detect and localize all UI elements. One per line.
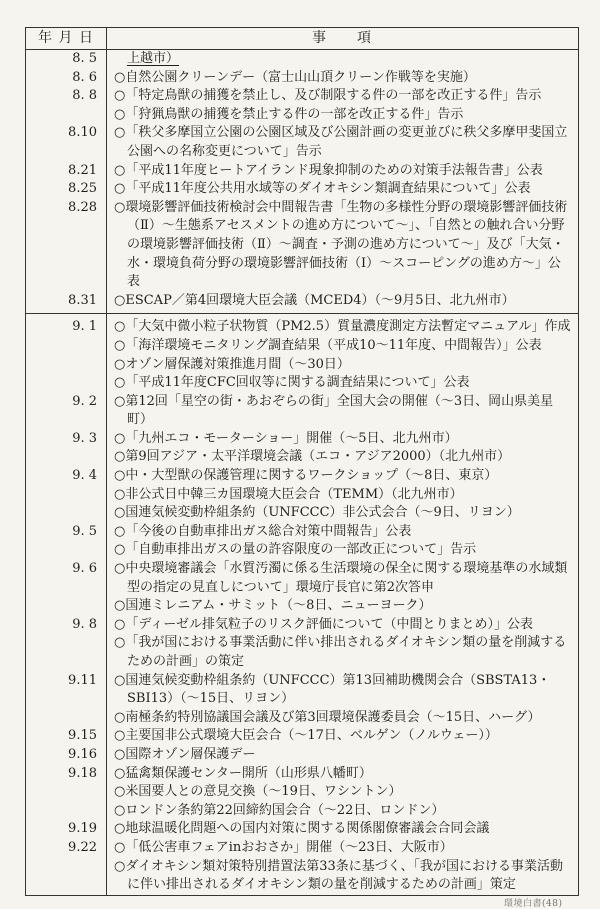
item-text: ○第12回「星空の街・あおぞらの街」全国大会の開催（～3日、岡山県美星町） <box>114 393 572 430</box>
table-header-row: 年 月 日 事 項 <box>26 28 578 50</box>
item-text: ○国連気候変動枠組条約（UNFCCC）第13回補助機関会合（SBSTA13・SB… <box>114 672 572 709</box>
item-text: ○「狩猟鳥獣の捕獲を禁止する件の一部を改正する件」告示 <box>114 106 572 125</box>
date-cell: 9. 2 <box>26 393 106 430</box>
items-cell: ○国際オゾン層保護デー <box>106 746 578 765</box>
item-text: ○南極条約特別協議国会議及び第3回環境保護委員会（～15日、ハーグ） <box>114 709 572 728</box>
items-cell: ○中央環境審議会「水質汚濁に係る生活環境の保全に関する環境基準の水域類型の指定の… <box>106 560 578 616</box>
items-cell: ○自然公園クリーンデー（富士山山頂クリーン作戦等を実施） <box>106 69 578 88</box>
date-cell: 9.15 <box>26 727 106 746</box>
table-row: 8.28○環境影響評価技術検討会中間報告書「生物の多様性分野の環境影響評価技術（… <box>26 199 578 292</box>
item-text: ○「九州エコ・モーターショー」開催（～5日、北九州市） <box>114 430 572 449</box>
item-text: ○中央環境審議会「水質汚濁に係る生活環境の保全に関する環境基準の水域類型の指定の… <box>114 560 572 597</box>
table-row: 9. 8○「ディーゼル排気粒子のリスク評価について（中間とりまとめ）」公表○「我… <box>26 616 578 672</box>
date-cell: 8.31 <box>26 292 106 311</box>
date-cell: 8.10 <box>26 124 106 161</box>
table-row: 8.21○「平成11年度ヒートアイランド現象抑制のための対策手法報告書」公表 <box>26 162 578 181</box>
table-row: 9.18○猛禽類保護センター開所（山形県八幡町）○米国要人との意見交換（～19日… <box>26 765 578 821</box>
document-page: 年 月 日 事 項 8. 5上越市）8. 6○自然公園クリーンデー（富士山山頂ク… <box>0 0 600 909</box>
items-cell: ○主要国非公式環境大臣会合（～17日、ベルゲン（ノルウェー）） <box>106 727 578 746</box>
item-text: ○オゾン層保護対策推進月間（～30日） <box>114 356 572 375</box>
items-cell: ○猛禽類保護センター開所（山形県八幡町）○米国要人との意見交換（～19日、ワシン… <box>106 765 578 821</box>
item-text: ○非公式日中韓三カ国環境大臣会合（TEMM）（北九州市） <box>114 486 572 505</box>
table-row: 8. 6○自然公園クリーンデー（富士山山頂クリーン作戦等を実施） <box>26 69 578 88</box>
items-cell: ○「秩父多摩国立公園の公園区域及び公園計画の変更並びに秩父多摩甲斐国立公園への名… <box>106 124 578 161</box>
items-cell: ○「ディーゼル排気粒子のリスク評価について（中間とりまとめ）」公表○「我が国にお… <box>106 616 578 672</box>
table-row: 8.31○ESCAP／第4回環境大臣会議（MCED4）（～9月5日、北九州市） <box>26 292 578 311</box>
items-cell: ○第12回「星空の街・あおぞらの街」全国大会の開催（～3日、岡山県美星町） <box>106 393 578 430</box>
column-divider <box>106 28 107 895</box>
table-row: 9.16○国際オゾン層保護デー <box>26 746 578 765</box>
items-cell: ○「平成11年度公共用水域等のダイオキシン類調査結果について」公表 <box>106 180 578 199</box>
item-text: ○中・大型獣の保護管理に関するワークショップ（～8日、東京） <box>114 467 572 486</box>
items-cell: ○環境影響評価技術検討会中間報告書「生物の多様性分野の環境影響評価技術（Ⅱ）～生… <box>106 199 578 292</box>
date-cell: 9. 3 <box>26 430 106 467</box>
item-text: ○「我が国における事業活動に伴い排出されるダイオキシン類の量を削減するための計画… <box>114 634 572 671</box>
table-row: 9.11○国連気候変動枠組条約（UNFCCC）第13回補助機関会合（SBSTA1… <box>26 672 578 728</box>
items-cell: ○中・大型獣の保護管理に関するワークショップ（～8日、東京）○非公式日中韓三カ国… <box>106 467 578 523</box>
items-cell: ○国連気候変動枠組条約（UNFCCC）第13回補助機関会合（SBSTA13・SB… <box>106 672 578 728</box>
item-text: ○国際オゾン層保護デー <box>114 746 572 765</box>
table-row: 9. 6○中央環境審議会「水質汚濁に係る生活環境の保全に関する環境基準の水域類型… <box>26 560 578 616</box>
item-text: ○「平成11年度CFC回収等に関する調査結果について」公表 <box>114 374 572 393</box>
item-text: ○「特定鳥獣の捕獲を禁止し、及び制限する件の一部を改正する件」告示 <box>114 87 572 106</box>
date-cell: 9. 5 <box>26 523 106 560</box>
item-text: ○国連ミレニアム・サミット（～8日、ニューヨーク） <box>114 597 572 616</box>
items-cell: ○「今後の自動車排出ガス総合対策中間報告」公表○「自動車排出ガスの量の許容限度の… <box>106 523 578 560</box>
table-row: 8. 5上越市） <box>26 50 578 69</box>
items-cell: ○地球温暖化問題への国内対策に関する関係閣僚審議会合同会議 <box>106 820 578 839</box>
date-cell: 8. 6 <box>26 69 106 88</box>
item-text: ○環境影響評価技術検討会中間報告書「生物の多様性分野の環境影響評価技術（Ⅱ）～生… <box>114 199 572 292</box>
date-cell: 9.18 <box>26 765 106 821</box>
table-row: 9. 5○「今後の自動車排出ガス総合対策中間報告」公表○「自動車排出ガスの量の許… <box>26 523 578 560</box>
table-row: 9. 1○「大気中微小粒子状物質（PM2.5）質量濃度測定方法暫定マニュアル」作… <box>26 318 578 392</box>
item-text: ○「自動車排出ガスの量の許容限度の一部改正について」告示 <box>114 541 572 560</box>
item-text: ○主要国非公式環境大臣会合（～17日、ベルゲン（ノルウェー）） <box>114 727 572 746</box>
column-header-date: 年 月 日 <box>26 28 106 49</box>
items-cell: ○ESCAP／第4回環境大臣会議（MCED4）（～9月5日、北九州市） <box>106 292 578 311</box>
date-cell: 9. 8 <box>26 616 106 672</box>
item-text: ○「今後の自動車排出ガス総合対策中間報告」公表 <box>114 523 572 542</box>
item-text: ○地球温暖化問題への国内対策に関する関係閣僚審議会合同会議 <box>114 820 572 839</box>
table-row: 8.25○「平成11年度公共用水域等のダイオキシン類調査結果について」公表 <box>26 180 578 199</box>
items-cell: ○「平成11年度ヒートアイランド現象抑制のための対策手法報告書」公表 <box>106 162 578 181</box>
date-cell: 9.16 <box>26 746 106 765</box>
date-cell: 9.11 <box>26 672 106 728</box>
item-text: ○国連気候変動枠組条約（UNFCCC）非公式会合（～9日、リヨン） <box>114 504 572 523</box>
item-text: ○「海洋環境モニタリング調査結果（平成10～11年度、中間報告）」公表 <box>114 337 572 356</box>
item-text: ○「ディーゼル排気粒子のリスク評価について（中間とりまとめ）」公表 <box>114 616 572 635</box>
date-cell: 8.21 <box>26 162 106 181</box>
date-cell: 8. 8 <box>26 87 106 124</box>
date-cell: 9. 6 <box>26 560 106 616</box>
table-row: 9.22○「低公害車フェアinおおさか」開催（～23日、大阪市）○ダイオキシン類… <box>26 839 578 895</box>
items-cell: ○「九州エコ・モーターショー」開催（～5日、北九州市）○第9回アジア・太平洋環境… <box>106 430 578 467</box>
table-row: 9. 2○第12回「星空の街・あおぞらの街」全国大会の開催（～3日、岡山県美星町… <box>26 393 578 430</box>
item-text: ○猛禽類保護センター開所（山形県八幡町） <box>114 765 572 784</box>
date-cell: 8. 5 <box>26 50 106 69</box>
table-row: 8. 8○「特定鳥獣の捕獲を禁止し、及び制限する件の一部を改正する件」告示○「狩… <box>26 87 578 124</box>
item-text: ○ロンドン条約第22回締約国会合（～22日、ロンドン） <box>114 802 572 821</box>
chronology-table: 年 月 日 事 項 8. 5上越市）8. 6○自然公園クリーンデー（富士山山頂ク… <box>25 27 579 896</box>
items-cell: 上越市） <box>106 50 578 69</box>
item-text: ○「低公害車フェアinおおさか」開催（～23日、大阪市） <box>114 839 572 858</box>
table-body: 8. 5上越市）8. 6○自然公園クリーンデー（富士山山頂クリーン作戦等を実施）… <box>26 50 578 895</box>
items-cell: ○「特定鳥獣の捕獲を禁止し、及び制限する件の一部を改正する件」告示○「狩猟鳥獣の… <box>106 87 578 124</box>
item-text: ○自然公園クリーンデー（富士山山頂クリーン作戦等を実施） <box>114 69 572 88</box>
table-row: 9.15○主要国非公式環境大臣会合（～17日、ベルゲン（ノルウェー）） <box>26 727 578 746</box>
page-footer: 環境白書(48) <box>504 896 562 909</box>
date-cell: 9. 4 <box>26 467 106 523</box>
items-cell: ○「低公害車フェアinおおさか」開催（～23日、大阪市）○ダイオキシン類対策特別… <box>106 839 578 895</box>
column-header-item: 事 項 <box>106 28 578 49</box>
month-group-separator <box>26 313 578 314</box>
item-text: ○第9回アジア・太平洋環境会議（エコ・アジア2000）（北九州市） <box>114 448 572 467</box>
item-text: ○米国要人との意見交換（～19日、ワシントン） <box>114 783 572 802</box>
date-cell: 8.25 <box>26 180 106 199</box>
table-row: 9.19○地球温暖化問題への国内対策に関する関係閣僚審議会合同会議 <box>26 820 578 839</box>
table-row: 8.10○「秩父多摩国立公園の公園区域及び公園計画の変更並びに秩父多摩甲斐国立公… <box>26 124 578 161</box>
item-text: ○ダイオキシン類対策特別措置法第33条に基づく、「我が国における事業活動に伴い排… <box>114 858 572 895</box>
table-row: 9. 3○「九州エコ・モーターショー」開催（～5日、北九州市）○第9回アジア・太… <box>26 430 578 467</box>
item-text: ○「平成11年度ヒートアイランド現象抑制のための対策手法報告書」公表 <box>114 162 572 181</box>
date-cell: 9. 1 <box>26 318 106 392</box>
date-cell: 8.28 <box>26 199 106 292</box>
item-text: ○「平成11年度公共用水域等のダイオキシン類調査結果について」公表 <box>114 180 572 199</box>
item-text: ○「秩父多摩国立公園の公園区域及び公園計画の変更並びに秩父多摩甲斐国立公園への名… <box>114 124 572 161</box>
items-cell: ○「大気中微小粒子状物質（PM2.5）質量濃度測定方法暫定マニュアル」作成○「海… <box>106 318 578 392</box>
date-cell: 9.22 <box>26 839 106 895</box>
item-text: 上越市） <box>114 50 572 69</box>
date-cell: 9.19 <box>26 820 106 839</box>
item-text: ○ESCAP／第4回環境大臣会議（MCED4）（～9月5日、北九州市） <box>114 292 572 311</box>
table-row: 9. 4○中・大型獣の保護管理に関するワークショップ（～8日、東京）○非公式日中… <box>26 467 578 523</box>
item-text: ○「大気中微小粒子状物質（PM2.5）質量濃度測定方法暫定マニュアル」作成 <box>114 318 572 337</box>
